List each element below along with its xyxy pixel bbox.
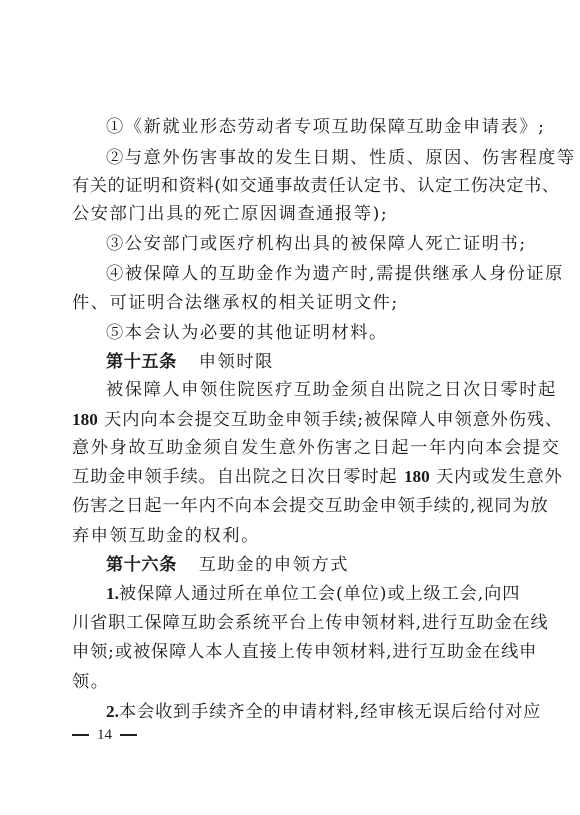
paragraph-line: 领。 [72, 671, 502, 693]
line-text: 本会收到手续齐全的申请材料,经审核无误后给付对应 [119, 702, 541, 722]
paragraph-line: 1.被保障人通过所在单位工会(单位)或上级工会,向四 [72, 583, 502, 605]
line-text: 天内或发生意外 [430, 467, 563, 487]
line-text: 互助金申领手续。自出院之日次日零时起 [72, 467, 404, 487]
list-item-2-cont: 公安部门出具的死亡原因调查通报等); [72, 203, 502, 225]
list-item-2: ②与意外伤害事故的发生日期、性质、原因、伤害程度等 [72, 147, 502, 169]
page-number: 14 [72, 725, 137, 745]
paragraph-line: 被保障人申领住院医疗互助金须自出院之日次日零时起 [72, 379, 502, 401]
paragraph-line: 互助金申领手续。自出院之日次日零时起 180 天内或发生意外 [72, 466, 502, 488]
article-number: 第十五条 [106, 352, 177, 372]
article-15-heading: 第十五条申领时限 [72, 351, 502, 373]
list-item-4: ④被保障人的互助金作为遗产时,需提供继承人身份证原 [72, 263, 502, 285]
line-text: ①《新就业形态劳动者专项互助保障互助金申请表》; [106, 117, 546, 137]
document-page: ①《新就业形态劳动者专项互助保障互助金申请表》; ②与意外伤害事故的发生日期、性… [0, 0, 580, 815]
line-text: 天内向本会提交互助金申领手续;被保障人申领意外伤残、 [98, 410, 563, 430]
list-item-3: ③公安部门或医疗机构出具的被保障人死亡证明书; [72, 233, 502, 255]
line-text: ③公安部门或医疗机构出具的被保障人死亡证明书; [106, 234, 527, 254]
bold-number: 180 [404, 467, 430, 486]
bold-number: 180 [72, 410, 98, 429]
line-text: ②与意外伤害事故的发生日期、性质、原因、伤害程度等 [106, 148, 576, 168]
line-text: 川省职工保障互助会系统平台上传申领材料,进行互助金在线 [72, 613, 549, 633]
page-number-text: 14 [97, 727, 112, 743]
line-text: ④被保障人的互助金作为遗产时,需提供继承人身份证原 [106, 264, 564, 284]
line-text: 被保障人申领住院医疗互助金须自出院之日次日零时起 [106, 380, 557, 400]
line-text: 有关的证明和资料(如交通事故责任认定书、认定工伤决定书、 [72, 176, 560, 196]
paragraph-line: 180 天内向本会提交互助金申领手续;被保障人申领意外伤残、 [72, 409, 502, 431]
dash-left-icon [72, 734, 89, 736]
line-text: 申领;或被保障人本人直接上传申领材料,进行互助金在线申 [72, 642, 537, 662]
paragraph-line: 2.本会收到手续齐全的申请材料,经审核无误后给付对应 [72, 701, 502, 723]
article-16-heading: 第十六条互助金的申领方式 [72, 554, 502, 576]
line-text: 伤害之日起一年内不向本会提交互助金申领手续的,视同为放 [72, 496, 549, 516]
list-item-4-cont: 件、可证明合法继承权的相关证明文件; [72, 292, 502, 314]
bold-number: 2. [106, 702, 119, 721]
line-text: ⑤本会认为必要的其他证明材料。 [106, 323, 388, 343]
line-text: 弃申领互助金的权利。 [72, 526, 260, 546]
line-text: 被保障人通过所在单位工会(单位)或上级工会,向四 [119, 584, 520, 604]
bold-number: 1. [106, 584, 119, 603]
paragraph-line: 意外身故互助金须自发生意外伤害之日起一年内向本会提交 [72, 437, 502, 459]
line-text: 公安部门出具的死亡原因调查通报等); [72, 204, 388, 224]
line-text: 意外身故互助金须自发生意外伤害之日起一年内向本会提交 [72, 438, 560, 458]
article-title: 申领时限 [199, 352, 274, 372]
dash-right-icon [120, 734, 137, 736]
paragraph-line: 申领;或被保障人本人直接上传申领材料,进行互助金在线申 [72, 641, 502, 663]
paragraph-line: 弃申领互助金的权利。 [72, 525, 502, 547]
list-item-2-cont: 有关的证明和资料(如交通事故责任认定书、认定工伤决定书、 [72, 175, 502, 197]
article-number: 第十六条 [106, 555, 177, 575]
list-item-5: ⑤本会认为必要的其他证明材料。 [72, 322, 502, 344]
paragraph-line: 川省职工保障互助会系统平台上传申领材料,进行互助金在线 [72, 612, 502, 634]
article-title: 互助金的申领方式 [199, 555, 349, 575]
line-text: 领。 [72, 672, 110, 692]
list-item-1: ①《新就业形态劳动者专项互助保障互助金申请表》; [72, 116, 502, 138]
line-text: 件、可证明合法继承权的相关证明文件; [72, 293, 399, 313]
paragraph-line: 伤害之日起一年内不向本会提交互助金申领手续的,视同为放 [72, 495, 502, 517]
